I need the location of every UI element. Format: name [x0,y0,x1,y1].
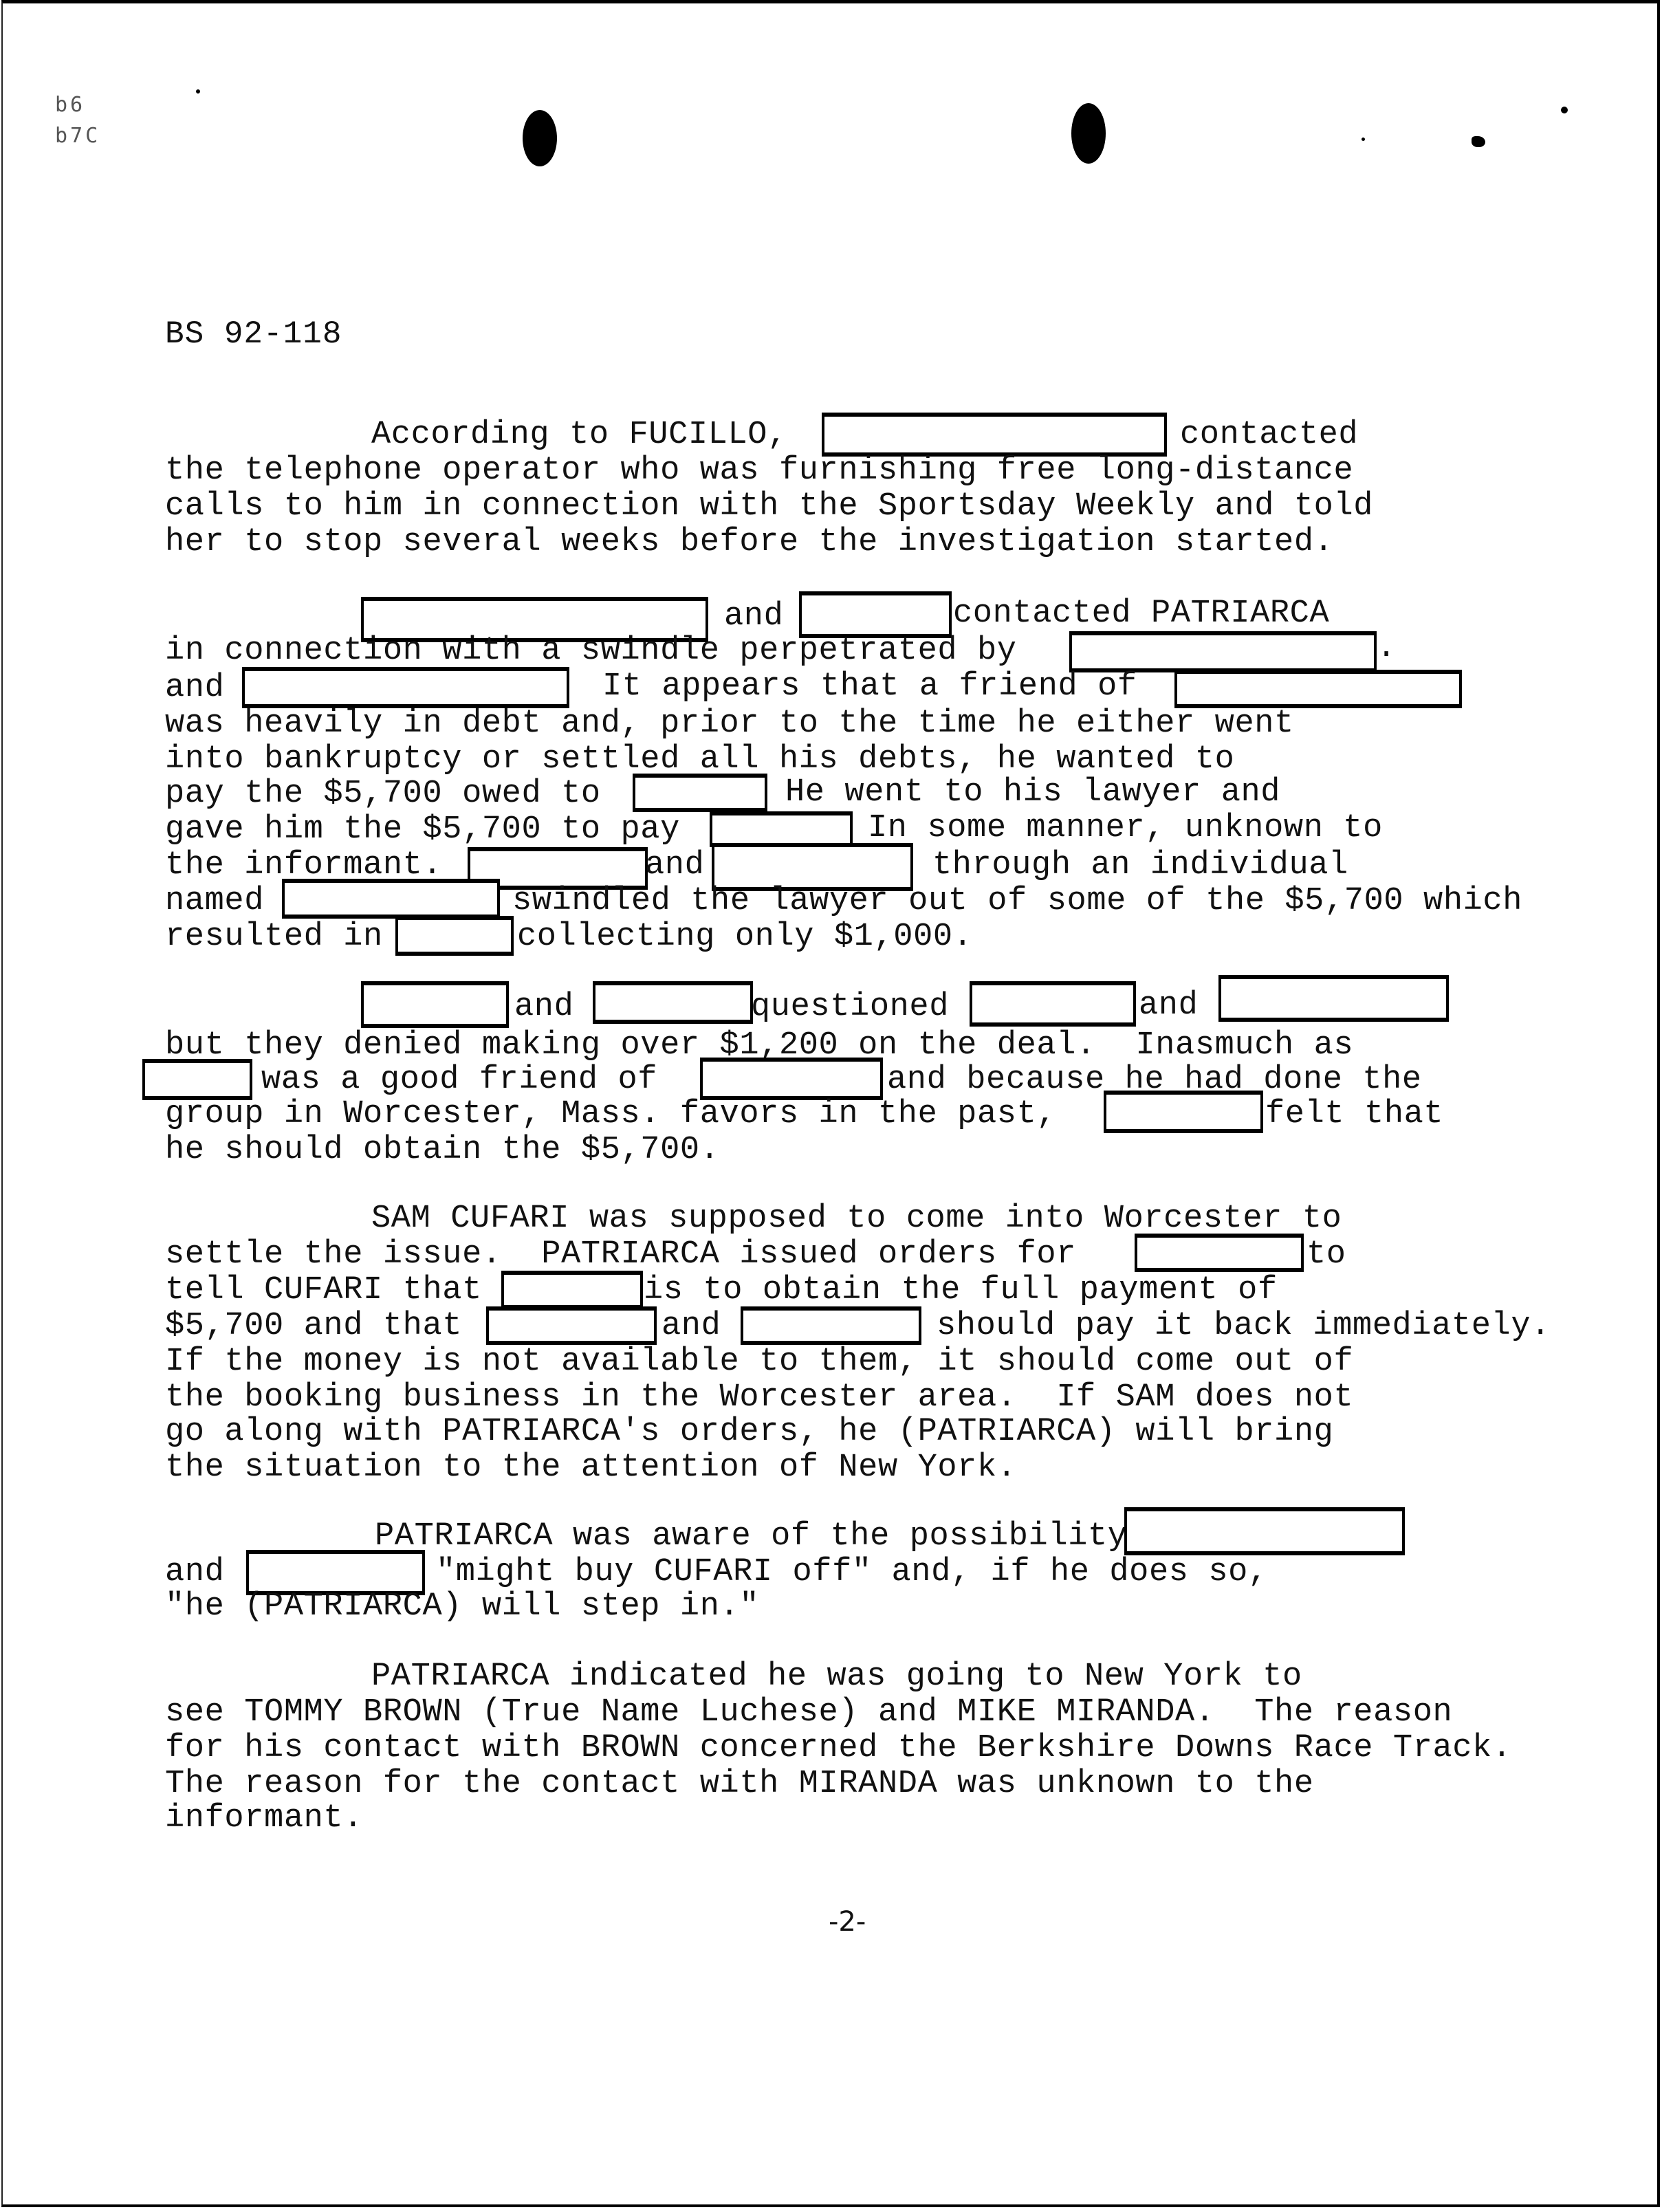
exemption-code-b7c: b7C [55,124,100,148]
text-line: PATRIARCA indicated he was going to New … [371,1660,1302,1694]
punch-hole-left [523,110,557,166]
redaction-box [1104,1091,1263,1133]
text-line: "might buy CUFARI off" and, if he does s… [436,1555,1268,1590]
speck [1472,136,1485,147]
redaction-box [1135,1234,1304,1272]
redaction-box [282,879,500,919]
text-line: resulted in [165,920,383,954]
text-line: and [661,1309,721,1344]
punch-hole-right [1071,103,1106,164]
redaction-box [1069,631,1377,672]
file-number: BS 92-118 [165,316,342,352]
redaction-box [710,811,853,847]
text-line: the booking business in the Worcester ar… [165,1381,1353,1415]
text-line: into bankruptcy or settled all his debts… [165,743,1234,777]
redaction-box [361,981,509,1028]
text-line: and [165,1555,224,1590]
speck [1362,138,1365,141]
text-line: the informant. [165,848,442,883]
text-line: for his contact with BROWN concerned the… [165,1731,1512,1766]
text-line: through an individual [932,848,1348,883]
text-line: in connection with a swindle perpetrated… [165,634,1017,668]
redaction-box [1218,975,1449,1022]
text-line: "he (PATRIARCA) will step in." [165,1590,759,1624]
speck [196,89,200,94]
text-line: tell CUFARI that [165,1273,482,1308]
text-line: If the money is not available to them, i… [165,1345,1353,1379]
text-line: and [1139,989,1198,1023]
text-line: should pay it back immediately. [937,1309,1551,1344]
text-line: $5,700 and that [165,1309,462,1344]
page-number: -2- [829,1906,866,1938]
text-line: and [514,990,573,1025]
redaction-box [741,1306,921,1345]
text-line: According to FUCILLO, [371,418,787,452]
text-line: is to obtain the full payment of [644,1273,1278,1308]
text-line: felt that [1265,1097,1443,1132]
text-line: to [1306,1238,1346,1272]
redaction-box [700,1058,883,1100]
text-line: gave him the $5,700 to pay [165,813,680,847]
text-line: contacted [1180,418,1358,452]
text-line: He went to his lawyer and [785,776,1280,810]
text-line: see TOMMY BROWN (True Name Luchese) and … [165,1696,1452,1730]
redaction-box [486,1306,657,1345]
text-line: was a good friend of [261,1063,657,1097]
text-line: In some manner, unknown to [868,811,1383,846]
text-line: group in Worcester, Mass. favors in the … [165,1097,1056,1132]
redaction-box [142,1059,252,1100]
text-line: contacted PATRIARCA [953,597,1329,631]
text-line: her to stop several weeks before the inv… [165,525,1333,560]
text-line: settle the issue. PATRIARCA issued order… [165,1238,1076,1272]
text-line: The reason for the contact with MIRANDA … [165,1767,1314,1802]
text-line: informant. [165,1802,363,1836]
text-line: he should obtain the $5,700. [165,1133,720,1168]
redaction-box [1174,670,1462,708]
text-line: swindled the lawyer out of some of the $… [512,884,1522,919]
text-line: named [165,884,264,919]
text-line: and [645,848,704,883]
redaction-box [799,591,952,638]
text-line: PATRIARCA was aware of the possibility t… [375,1520,1227,1554]
redaction-box [822,413,1167,457]
text-line: SAM CUFARI was supposed to come into Wor… [371,1202,1342,1236]
text-line: go along with PATRIARCA's orders, he (PA… [165,1415,1333,1449]
text-line: . [1377,631,1397,666]
redaction-box [970,981,1136,1027]
text-line: It appears that a friend of [602,670,1137,704]
redaction-box [633,774,767,812]
text-line: and [165,671,224,705]
exemption-code-b6: b6 [55,93,85,117]
redaction-box [1124,1507,1405,1555]
text-line: the situation to the attention of New Yo… [165,1451,1017,1485]
redaction-box [395,916,514,956]
text-line: the telephone operator who was furnishin… [165,454,1353,488]
text-line: and [724,600,783,634]
text-line: collecting only $1,000. [517,920,973,954]
text-line: pay the $5,700 owed to [165,777,601,811]
redaction-box [501,1271,643,1309]
text-line: was heavily in debt and, prior to the ti… [165,707,1294,741]
redaction-box [593,981,753,1024]
text-line: questioned [751,990,949,1025]
speck [1561,107,1568,113]
redaction-box [242,667,569,708]
text-line: calls to him in connection with the Spor… [165,490,1373,524]
